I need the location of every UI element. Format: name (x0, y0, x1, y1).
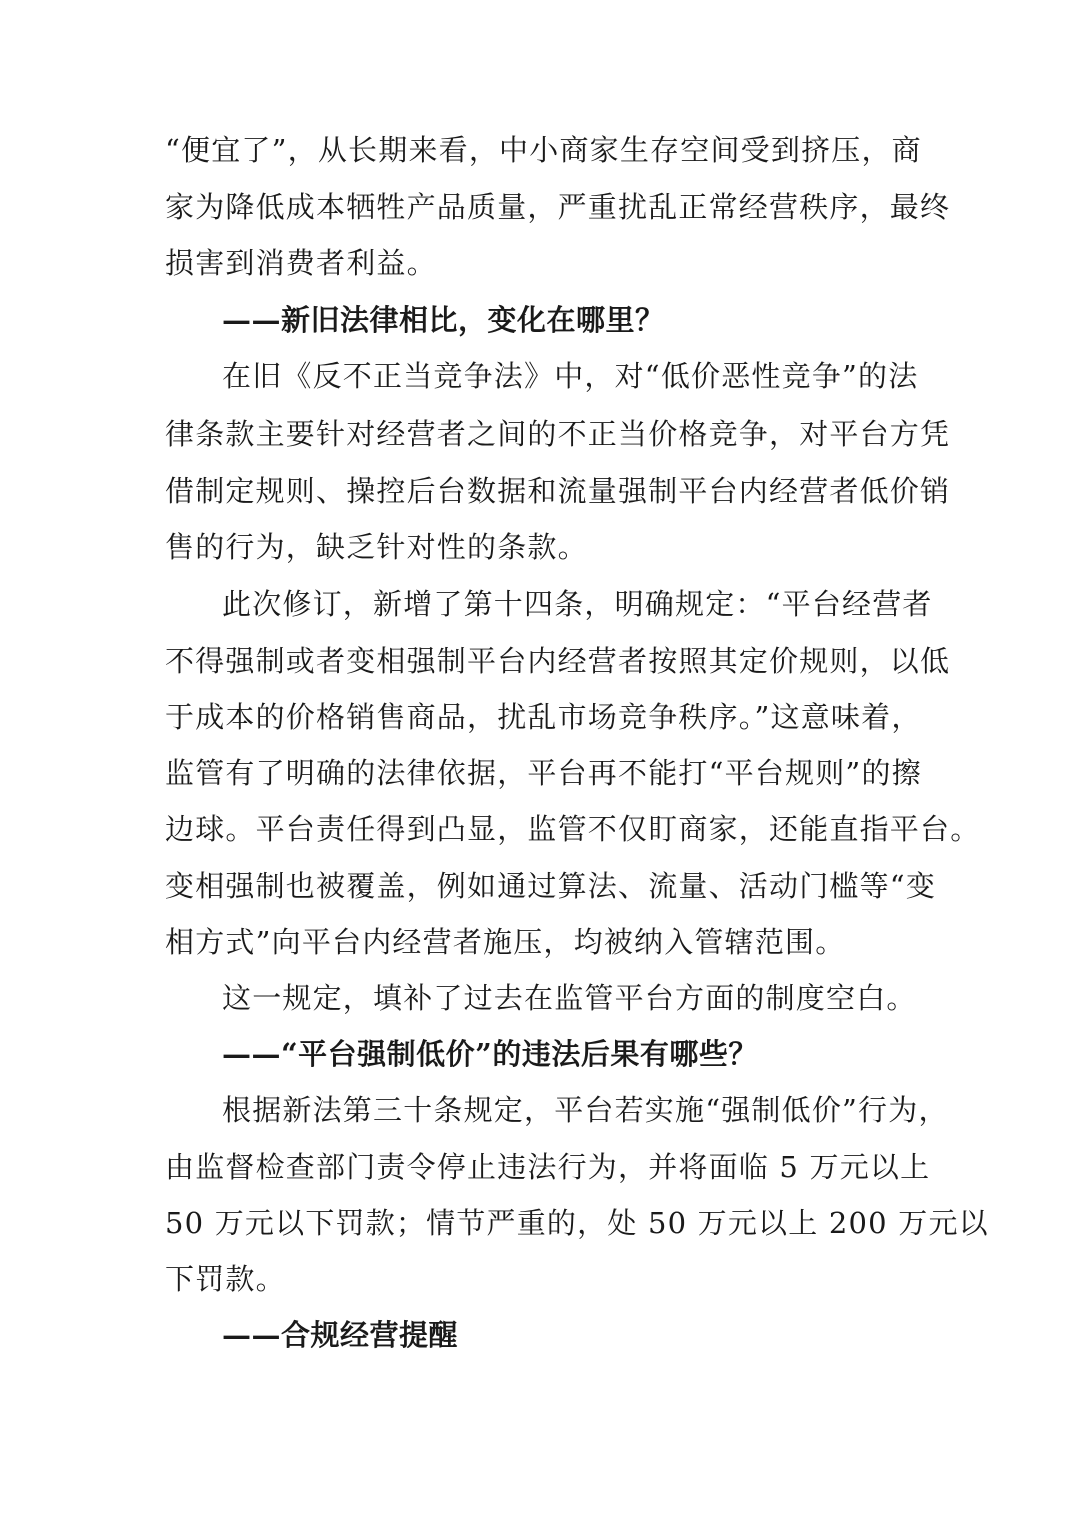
section-heading-consequences: ——“平台强制低价”的违法后果有哪些？ (222, 1034, 917, 1074)
paragraph-line: 下罚款。 (165, 1259, 917, 1299)
paragraph-line: 在旧《反不正当竞争法》中，对“低价恶性竞争”的法 (222, 356, 917, 396)
paragraph-line: 由监督检查部门责令停止违法行为，并将面临 5 万元以上 (165, 1147, 917, 1187)
paragraph-line: 相方式”向平台内经营者施压，均被纳入管辖范围。 (165, 922, 917, 962)
paragraph-line: 边球。平台责任得到凸显，监管不仅盯商家，还能直指平台。 (165, 809, 917, 849)
paragraph-line: 不得强制或者变相强制平台内经营者按照其定价规则，以低 (165, 641, 917, 681)
paragraph-line: 损害到消费者利益。 (165, 243, 917, 283)
paragraph-line: “便宜了”，从长期来看，中小商家生存空间受到挤压，商 (165, 130, 917, 170)
paragraph-line: 这一规定，填补了过去在监管平台方面的制度空白。 (222, 978, 917, 1018)
paragraph-line: 监管有了明确的法律依据，平台再不能打“平台规则”的擦 (165, 753, 917, 793)
section-heading-compliance: ——合规经营提醒 (222, 1315, 917, 1355)
paragraph-line: 售的行为，缺乏针对性的条款。 (165, 527, 917, 567)
paragraph-line: 于成本的价格销售商品，扰乱市场竞争秩序。”这意味着， (165, 697, 917, 737)
section-heading-changes: ——新旧法律相比，变化在哪里？ (222, 300, 917, 340)
paragraph-line: 律条款主要针对经营者之间的不正当价格竞争，对平台方凭 (165, 414, 917, 454)
paragraph-line: 50 万元以下罚款；情节严重的，处 50 万元以上 200 万元以 (165, 1203, 917, 1243)
paragraph-line: 借制定规则、操控后台数据和流量强制平台内经营者低价销 (165, 471, 917, 511)
paragraph-line: 家为降低成本牺牲产品质量，严重扰乱正常经营秩序，最终 (165, 187, 917, 227)
document-page: “便宜了”，从长期来看，中小商家生存空间受到挤压，商 家为降低成本牺牲产品质量，… (0, 0, 1080, 1527)
paragraph-line: 变相强制也被覆盖，例如通过算法、流量、活动门槛等“变 (165, 866, 917, 906)
paragraph-line: 根据新法第三十条规定，平台若实施“强制低价”行为， (222, 1090, 917, 1130)
paragraph-line: 此次修订，新增了第十四条，明确规定：“平台经营者 (222, 584, 917, 624)
